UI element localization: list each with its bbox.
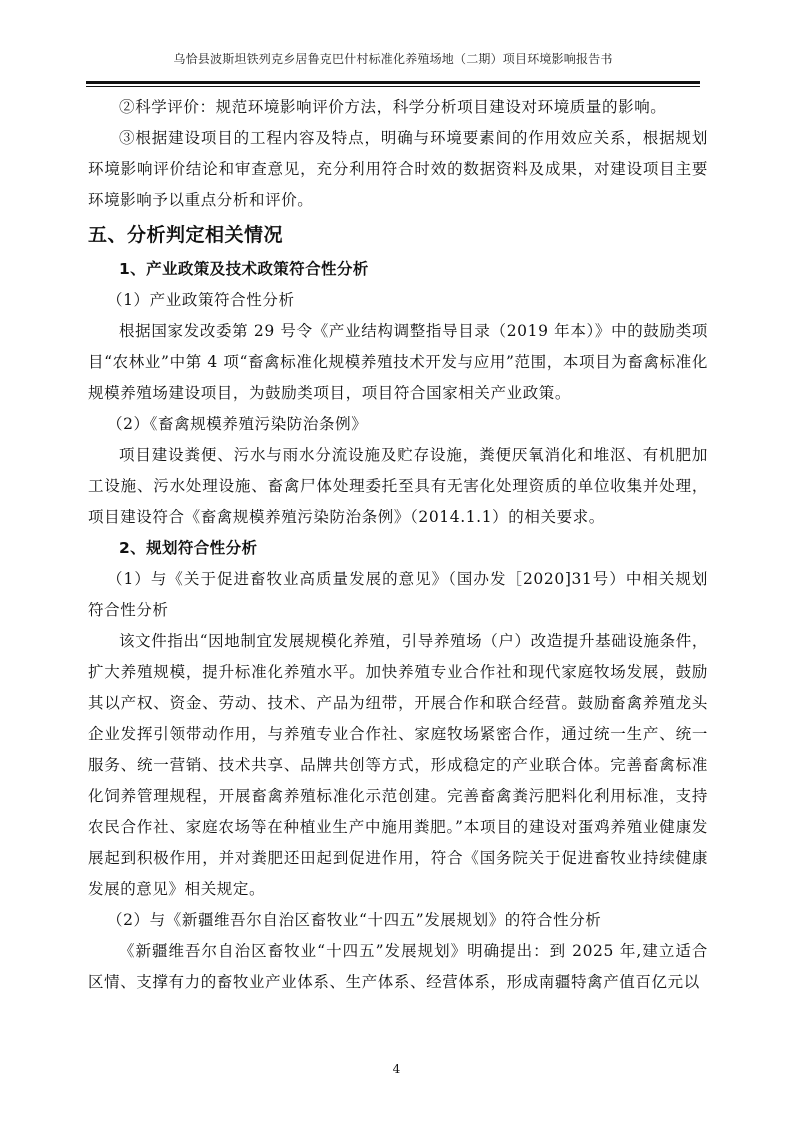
industrial-policy-body: 根据国家发改委第 29 号令《产业结构调整指导目录（2019 年本）》中的鼓励类… [88, 316, 708, 409]
header-divider [86, 81, 700, 87]
pollution-regulation-title: （2）《畜禽规模养殖污染防治条例》 [88, 409, 708, 440]
industrial-policy-title: （1）产业政策符合性分析 [88, 285, 708, 316]
planning-item-2-body: 《新疆维吾尔自治区畜牧业“十四五”发展规划》明确提出：到 2025 年,建立适合… [88, 936, 708, 998]
header-rule-thin [86, 86, 700, 87]
header-rule-thick [86, 81, 700, 84]
section-heading-5: 五、分析判定相关情况 [88, 216, 708, 254]
subsection-heading-2: 2、规划符合性分析 [88, 533, 708, 564]
subsection-heading-1: 1、产业政策及技术政策符合性分析 [88, 254, 708, 285]
intro-item-2: ②科学评价：规范环境影响评价方法，科学分析项目建设对环境质量的影响。 [88, 92, 708, 123]
intro-item-3: ③根据建设项目的工程内容及特点，明确与环境要素间的作用效应关系，根据规划环境影响… [88, 123, 708, 216]
pollution-regulation-body: 项目建设粪便、污水与雨水分流设施及贮存设施，粪便厌氧消化和堆沤、有机肥加工设施、… [88, 440, 708, 533]
planning-item-2-title: （2）与《新疆维吾尔自治区畜牧业“十四五”发展规划》的符合性分析 [88, 905, 708, 936]
planning-item-1-title: （1）与《关于促进畜牧业高质量发展的意见》（国办发［2020]31号）中相关规划… [88, 564, 708, 626]
document-header: 乌恰县波斯坦铁列克乡居鲁克巴什村标准化养殖场地（二期）项目环境影响报告书 [86, 50, 700, 67]
page-number: 4 [0, 1062, 793, 1076]
page-body: ②科学评价：规范环境影响评价方法，科学分析项目建设对环境质量的影响。 ③根据建设… [88, 92, 708, 998]
planning-item-1-body: 该文件指出“因地制宜发展规模化养殖，引导养殖场（户）改造提升基础设施条件，扩大养… [88, 626, 708, 905]
